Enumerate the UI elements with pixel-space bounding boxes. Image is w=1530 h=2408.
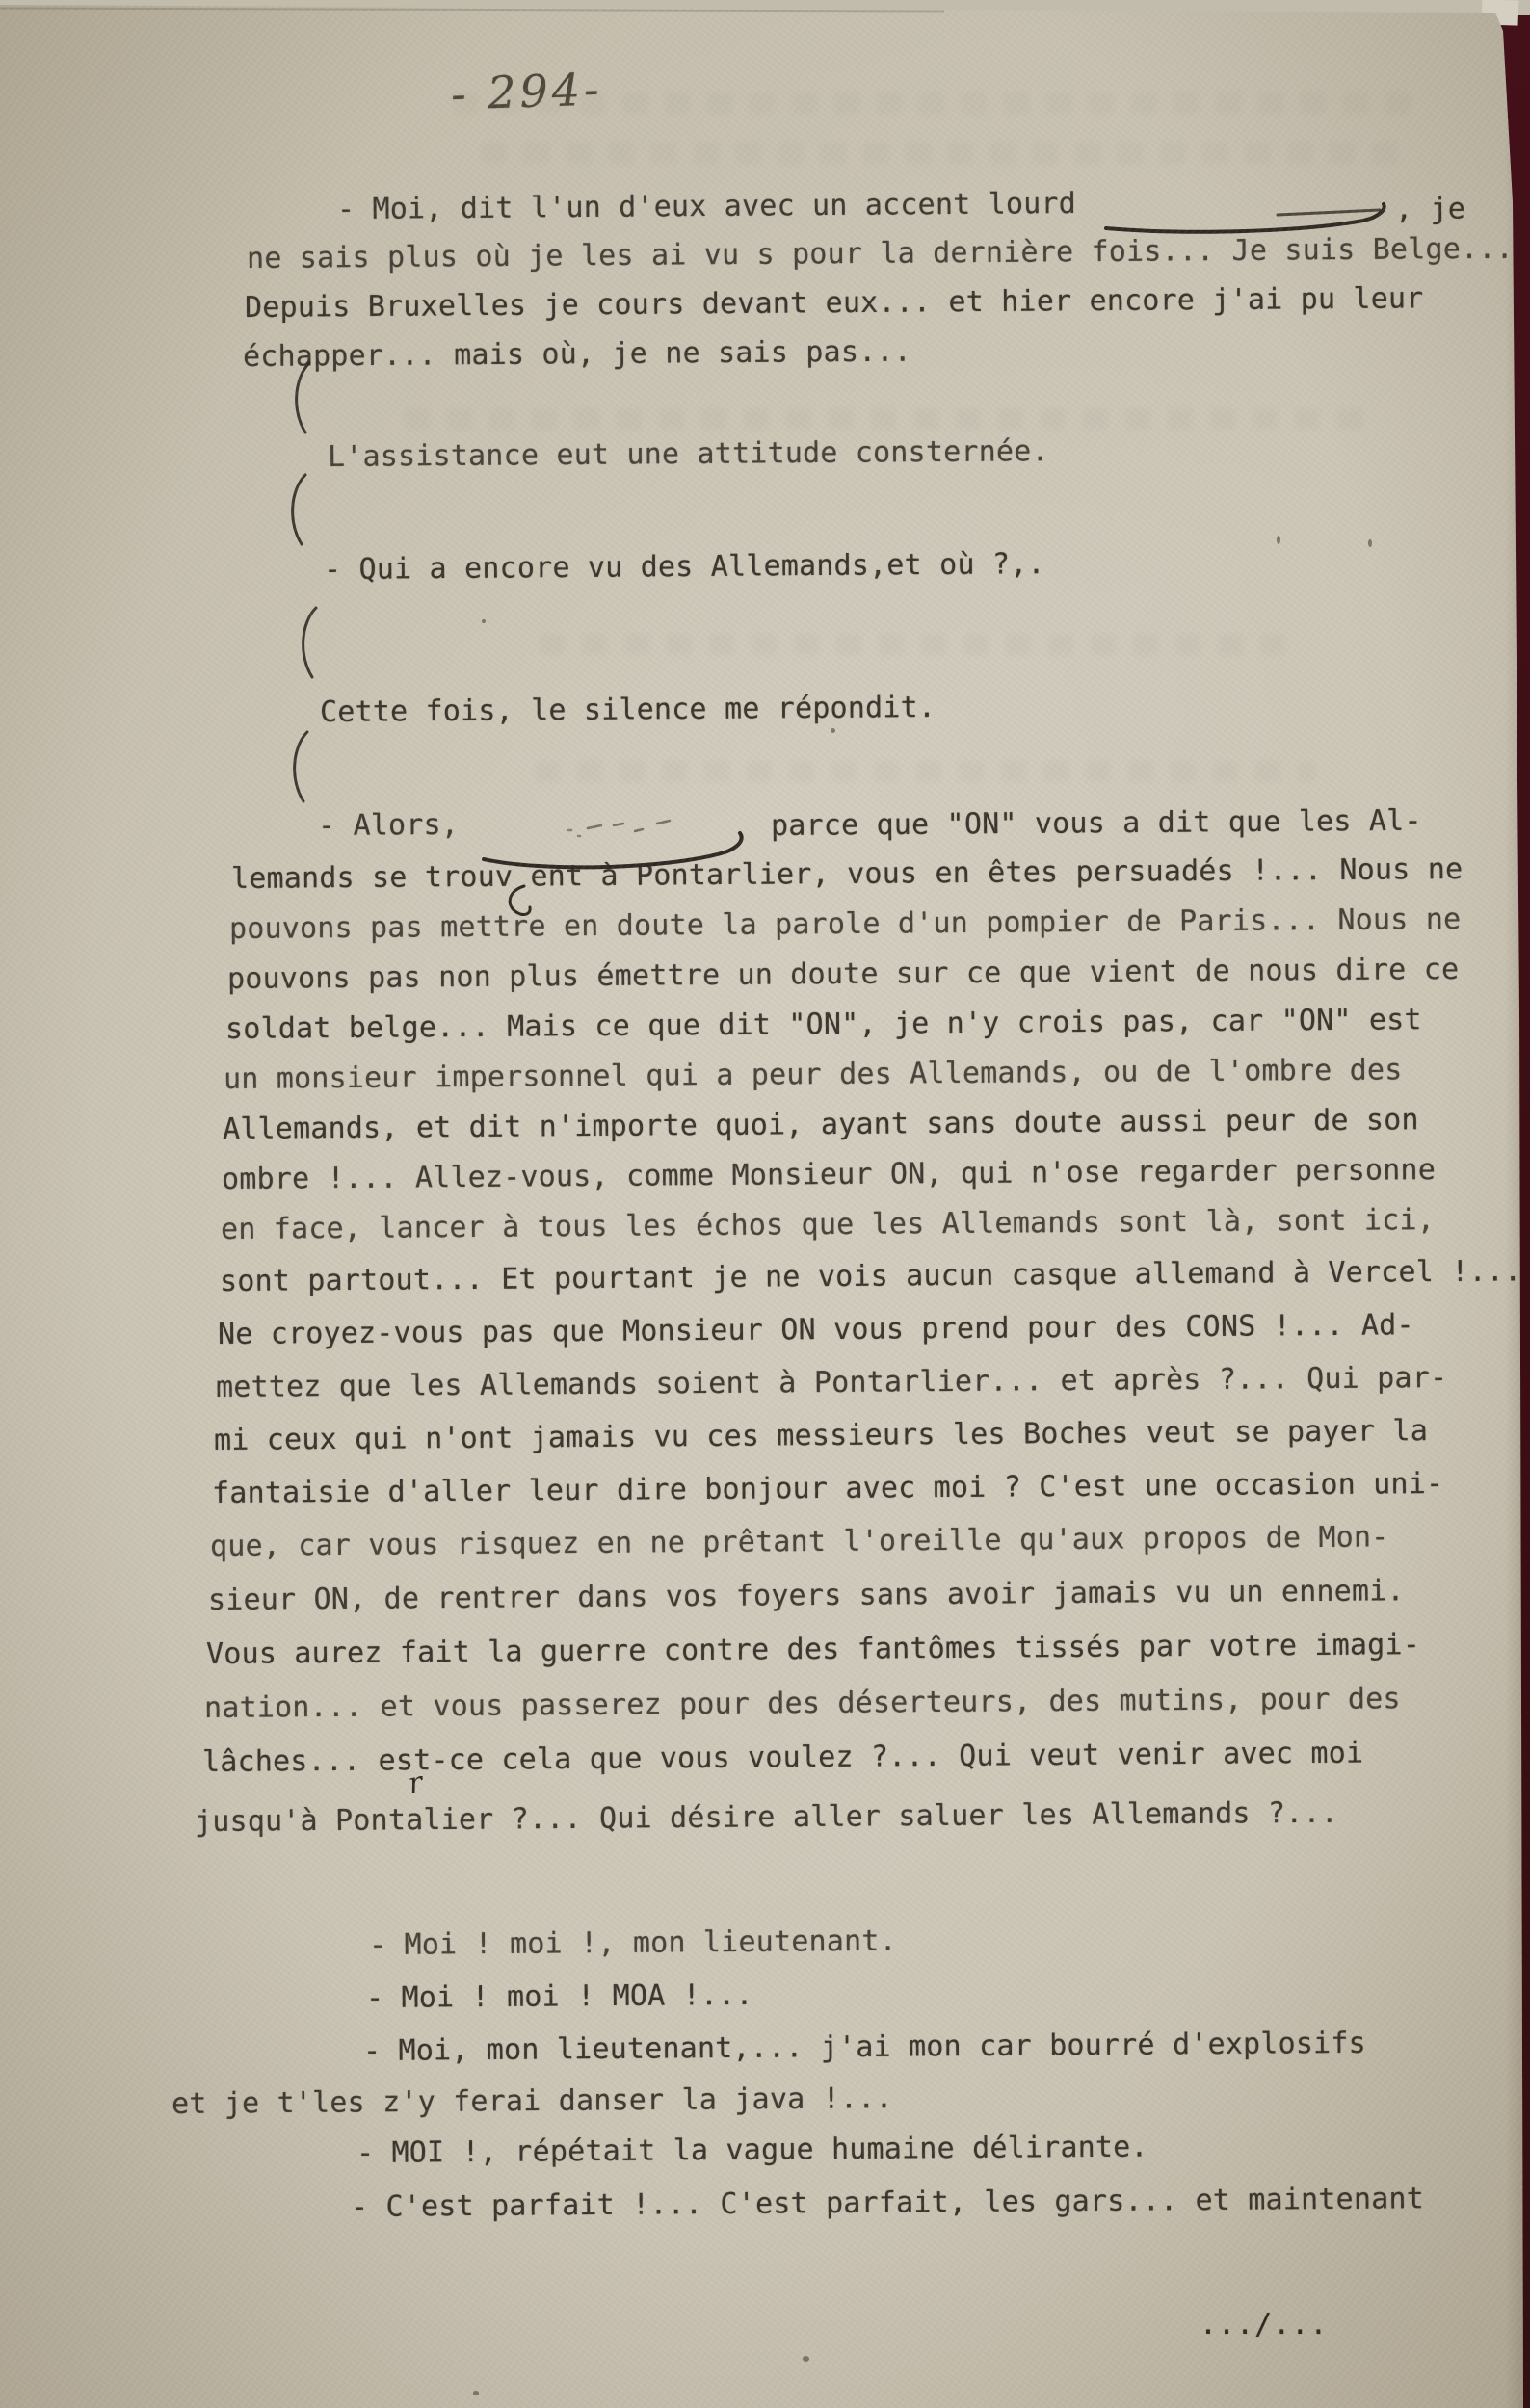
typed-line: sieur ON, de rentrer dans vos foyers san… bbox=[208, 1572, 1405, 1620]
typed-line: - Moi ! moi ! MOA !... bbox=[366, 1976, 753, 2018]
typed-line: Vous aurez fait la guerre contre des fan… bbox=[206, 1626, 1420, 1674]
dust-speck bbox=[1368, 539, 1372, 547]
typed-line: , je bbox=[1395, 190, 1465, 229]
typed-line: que, car vous risquez en ne prêtant l'or… bbox=[210, 1518, 1389, 1566]
typed-line: lâches... est-ce cela que vous voulez ?.… bbox=[202, 1735, 1364, 1782]
typed-line: Cette fois, le silence me répondit. bbox=[320, 689, 936, 732]
typed-line: parce que "ON" vous a dit que les Al- bbox=[771, 802, 1422, 846]
typed-line: pouvons pas non plus émettre un doute su… bbox=[227, 951, 1460, 999]
dust-speck bbox=[831, 728, 835, 733]
typed-line: - C'est parfait !... C'est parfait, les … bbox=[351, 2180, 1424, 2227]
typed-line: en face, lancer à tous les échos que les… bbox=[221, 1201, 1435, 1249]
typed-line: - Alors, bbox=[318, 806, 459, 846]
typed-line: L'assistance eut une attitude consternée… bbox=[328, 432, 1049, 477]
typed-line: mettez que les Allemands soient à Pontar… bbox=[216, 1359, 1448, 1407]
typed-line: nation... et vous passerez pour des dése… bbox=[204, 1680, 1401, 1728]
dust-speck bbox=[1277, 536, 1280, 544]
bleed-through-row bbox=[535, 761, 1315, 782]
bleed-through-row bbox=[405, 408, 1378, 430]
typed-line: - Moi, dit l'un d'eux avec un accent lou… bbox=[337, 185, 1076, 229]
typed-line: ombre !... Allez-vous, comme Monsieur ON… bbox=[222, 1151, 1436, 1199]
insertion-mark-annotation bbox=[497, 882, 538, 923]
typed-line: mi ceux qui n'ont jamais vu ces messieur… bbox=[214, 1412, 1428, 1460]
typed-line: pouvons pas mettre en doute la parole d'… bbox=[229, 901, 1462, 949]
typed-line: échapper... mais où, je ne sais pas... bbox=[243, 333, 911, 377]
continuation-mark: .../... bbox=[1200, 2308, 1328, 2342]
typewritten-page: - 294- - Moi, dit l'un d'eux avec un acc… bbox=[0, 0, 1530, 2408]
bleed-through-row bbox=[540, 634, 1301, 655]
typed-line: Allemands, et dit n'importe quoi, ayant … bbox=[223, 1101, 1419, 1149]
typed-line: - MOI !, répétait la vague humaine délir… bbox=[356, 2129, 1148, 2173]
bleed-through-row bbox=[482, 143, 1407, 164]
typed-line: soldat belge... Mais ce que dit "ON", je… bbox=[225, 1001, 1422, 1049]
typed-line: jusqu'à Pontalier ?... Qui désire aller … bbox=[195, 1794, 1338, 1842]
dust-speck bbox=[803, 2356, 809, 2362]
typed-line: un monsieur impersonnel qui a peur des A… bbox=[224, 1051, 1403, 1099]
scanned-typewritten-page-photo: - 294- - Moi, dit l'un d'eux avec un acc… bbox=[0, 0, 1530, 2408]
scribbled-out-word-annotation bbox=[472, 809, 761, 878]
typed-line: lemands se trouv ent à Pontarlier, vous … bbox=[231, 851, 1464, 899]
typed-line: - Moi, mon lieutenant,... j'ai mon car b… bbox=[363, 2025, 1366, 2071]
dust-speck bbox=[473, 2391, 479, 2395]
dust-speck bbox=[482, 619, 486, 623]
typed-line: Ne croyez-vous pas que Monsieur ON vous … bbox=[218, 1306, 1414, 1354]
bleed-through-row bbox=[453, 92, 1426, 114]
typed-line: fantaisie d'aller leur dire bonjour avec… bbox=[212, 1465, 1444, 1513]
strikethrough-blank-annotation bbox=[1098, 202, 1397, 241]
typed-line: Depuis Bruxelles je cours devant eux... … bbox=[245, 279, 1424, 327]
typed-line: - Qui a encore vu des Allemands,et où ?,… bbox=[324, 545, 1045, 589]
typed-line: - Moi ! moi !, mon lieutenant. bbox=[369, 1923, 897, 1965]
typed-line: sont partout... Et pourtant je ne vois a… bbox=[220, 1252, 1522, 1301]
typed-line: et je t'les z'y ferai danser la java !..… bbox=[171, 2080, 893, 2124]
